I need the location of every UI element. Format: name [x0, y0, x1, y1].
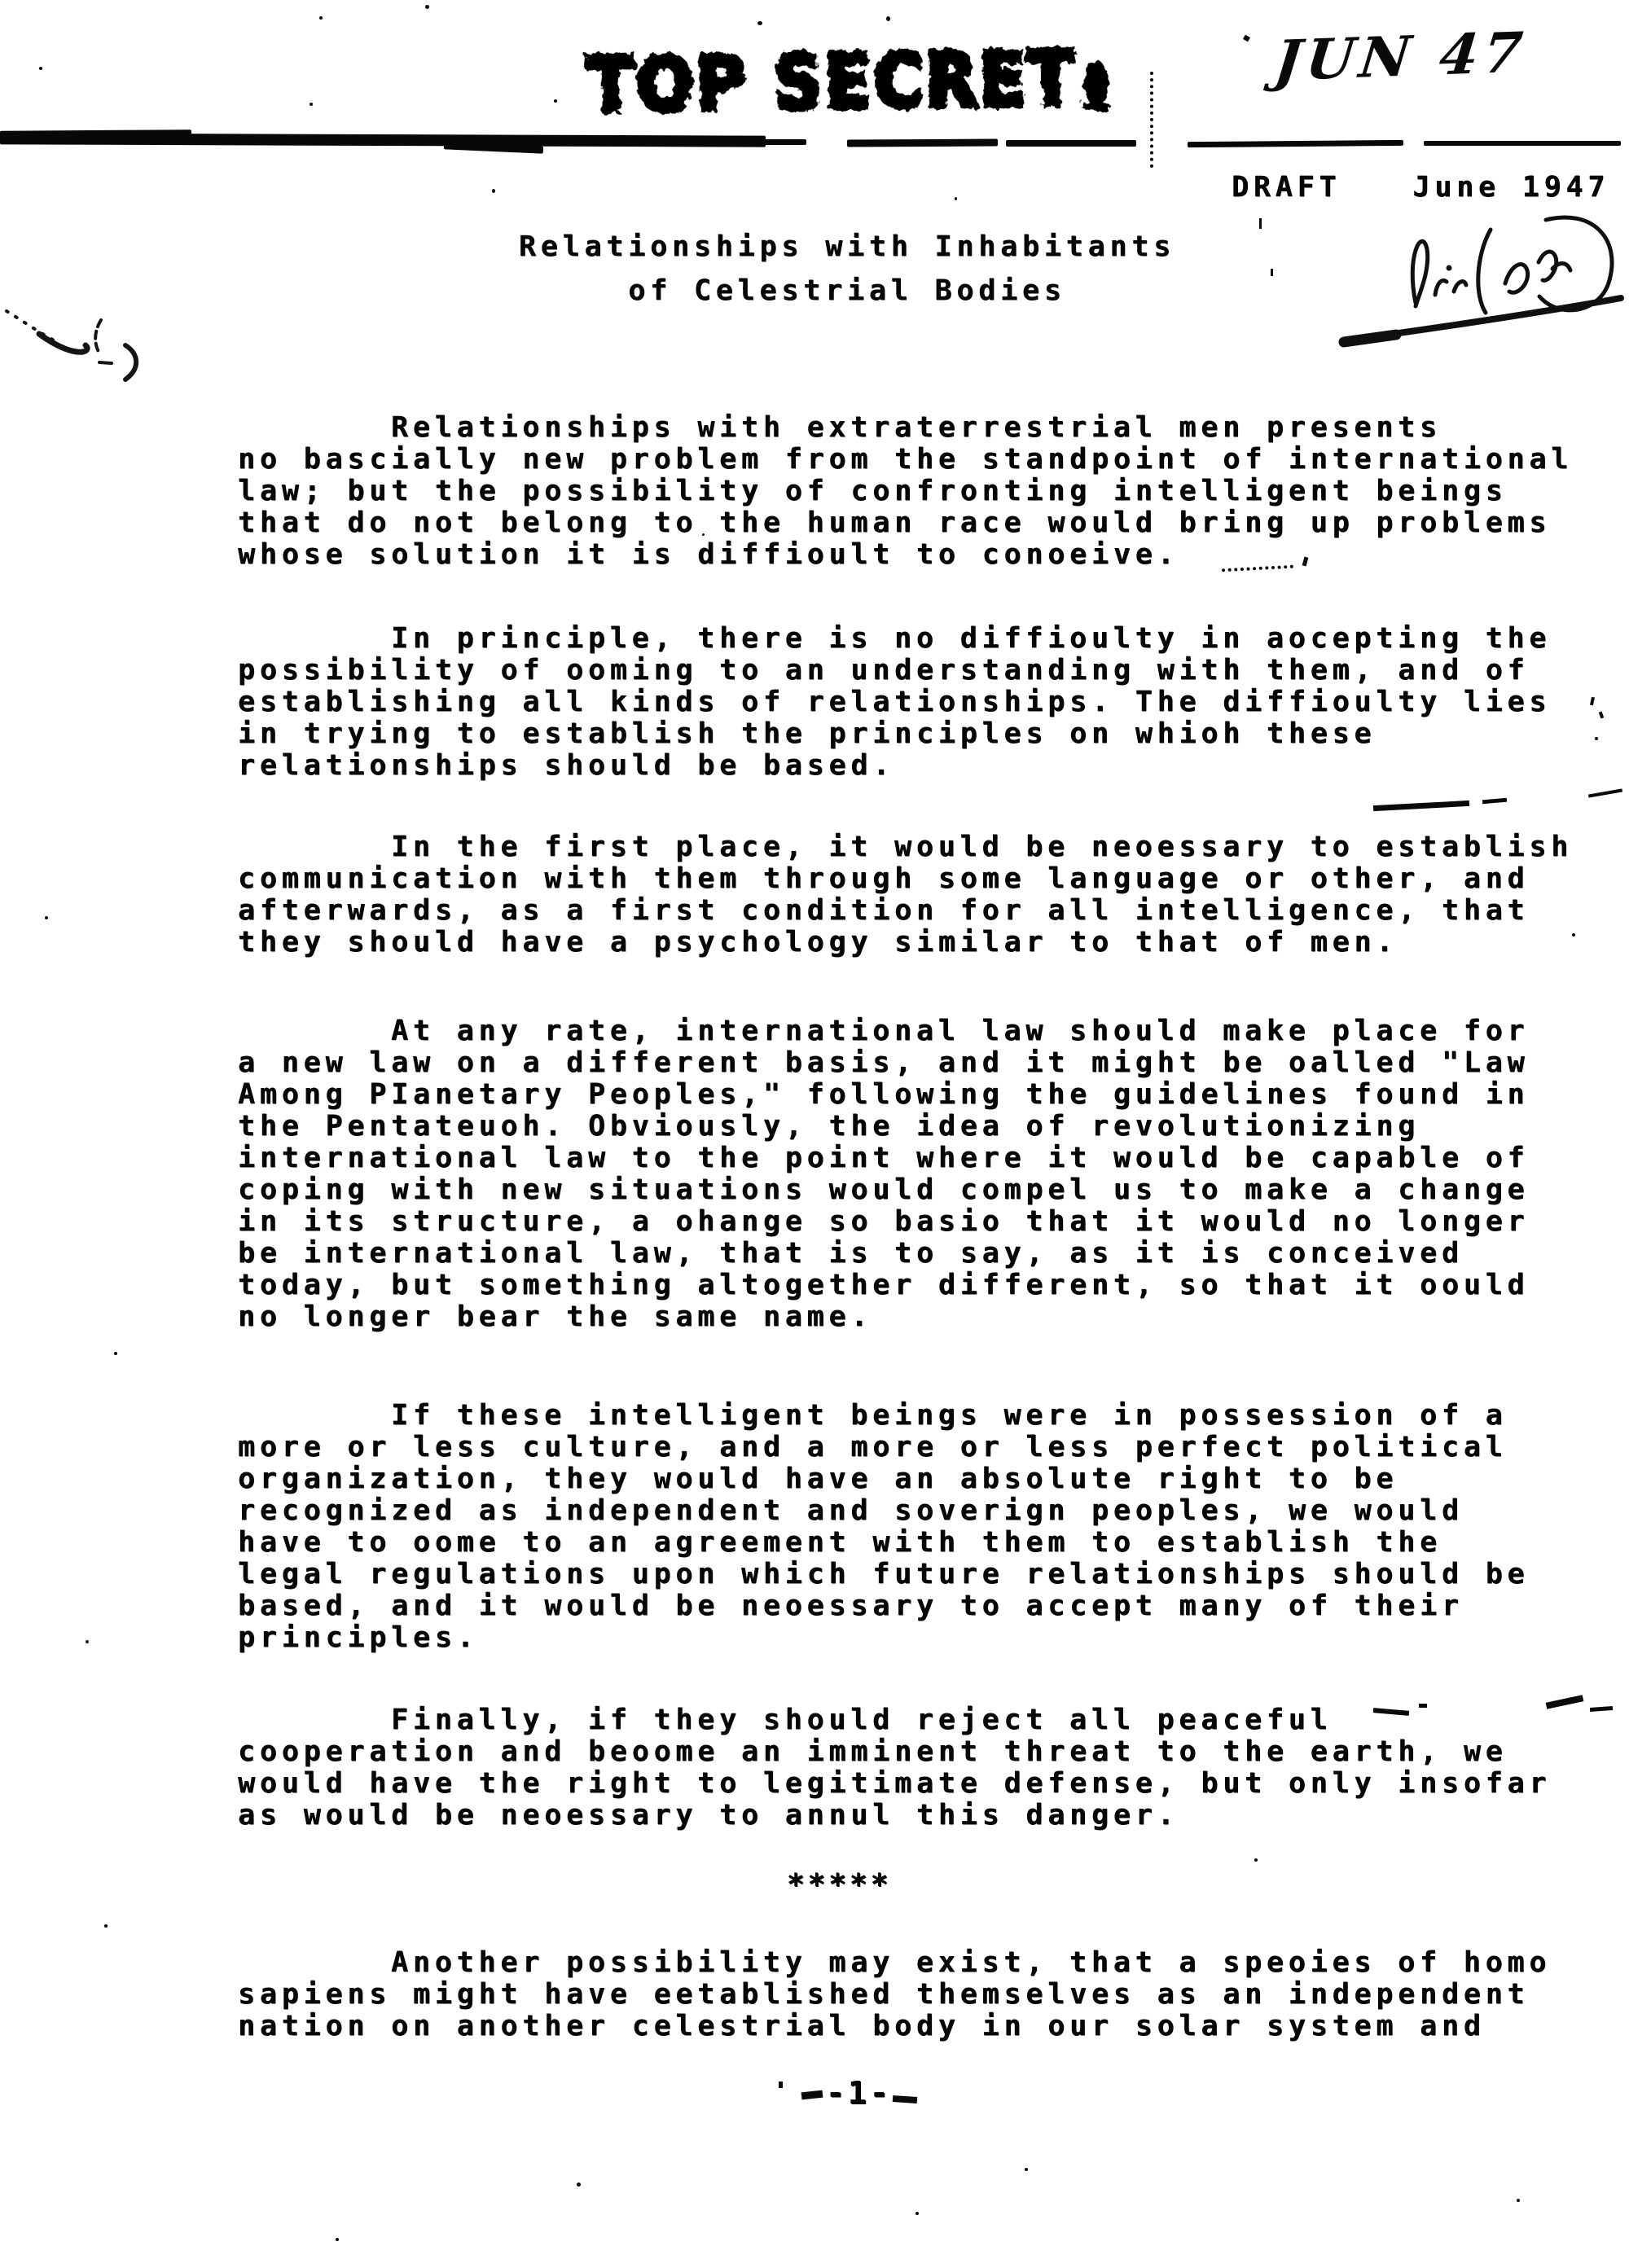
- document-title: Relationships with Inhabitants of Celest…: [293, 225, 1401, 313]
- scan-speck: [1025, 2168, 1028, 2171]
- page-number: -1-: [826, 2075, 892, 2111]
- top-secret-stamp-text: TOP SECRET: [587, 35, 1077, 129]
- scan-artifact-tick: [779, 2082, 783, 2088]
- scan-speck: [104, 1924, 108, 1928]
- scan-speck: [955, 197, 957, 200]
- scan-speck: [319, 16, 323, 20]
- divider-segment: [762, 139, 806, 145]
- handwritten-date: JUN 47: [1271, 20, 1530, 94]
- scan-speck: [39, 67, 42, 70]
- divider-segment: [0, 133, 766, 147]
- paragraph-2: In principle, there is no diffioulty in …: [238, 623, 1614, 782]
- scan-artifact-smudge: [801, 2090, 823, 2100]
- margin-annotation-scribble: [2, 298, 173, 404]
- scan-artifact-tick: [1271, 269, 1273, 276]
- paragraph-5: If these intelligent beings were in poss…: [238, 1400, 1614, 1654]
- scan-speck: [757, 21, 762, 25]
- scan-speck: [1517, 2199, 1520, 2202]
- scan-artifact-tick: [1259, 218, 1262, 229]
- top-secret-stamp: TOP SECRET: [580, 21, 1134, 143]
- draft-date-line: DRAFT June 1947: [1232, 171, 1609, 204]
- scan-speck: [492, 189, 495, 193]
- paragraph-1: Relationships with extraterrestrial men …: [238, 412, 1614, 571]
- scan-artifact-smudge: [1419, 1704, 1427, 1708]
- scan-speck: [577, 2182, 581, 2187]
- scan-artifact-dash: [1588, 788, 1622, 797]
- scan-speck: [336, 2238, 339, 2241]
- scan-speck: [45, 916, 48, 919]
- divider-segment: [847, 139, 998, 147]
- scan-artifact-smudge: [893, 2095, 917, 2103]
- scan-artifact-dots: [1150, 72, 1153, 168]
- divider-segment: [1424, 141, 1621, 146]
- scan-speck: [310, 103, 313, 106]
- scan-speck: [114, 1352, 117, 1355]
- paragraph-6: Finally, if they should reject all peace…: [238, 1704, 1614, 1832]
- scan-speck: [86, 1640, 89, 1643]
- handwritten-signature-scribble: [1337, 204, 1629, 358]
- scan-artifact-dash: [1373, 801, 1469, 811]
- scan-speck: [743, 287, 746, 290]
- document-title-line-1: Relationships with Inhabitants: [293, 225, 1401, 269]
- document-title-line-2: of Celestrial Bodies: [293, 269, 1401, 313]
- paragraph-7: Another possibility may exist, that a sp…: [238, 1947, 1614, 2042]
- scan-artifact-dash: [1482, 798, 1507, 805]
- scan-speck: [1254, 1858, 1258, 1862]
- divider-segment: [1188, 140, 1403, 147]
- scan-speck: [915, 2212, 919, 2215]
- scan-speck: [425, 5, 429, 9]
- draft-date: June 1947: [1412, 171, 1609, 204]
- scan-speck: [1595, 737, 1598, 740]
- section-separator-asterisks: *****: [787, 1868, 891, 1902]
- divider-segment: [1006, 140, 1136, 147]
- scan-speck: [702, 533, 705, 536]
- scan-artifact-tick: [1243, 35, 1250, 42]
- paragraph-4: At any rate, international law should ma…: [238, 1016, 1614, 1333]
- draft-label: DRAFT: [1232, 171, 1341, 204]
- document-page: TOP SECRET JUN 47 DRAFT June 1947 Relati…: [0, 0, 1629, 2268]
- scan-speck: [554, 99, 557, 103]
- scan-speck: [886, 16, 890, 21]
- paragraph-3: In the first place, it would be neoessar…: [238, 831, 1614, 959]
- scan-speck: [1572, 933, 1575, 937]
- header-divider-line: [0, 131, 1629, 159]
